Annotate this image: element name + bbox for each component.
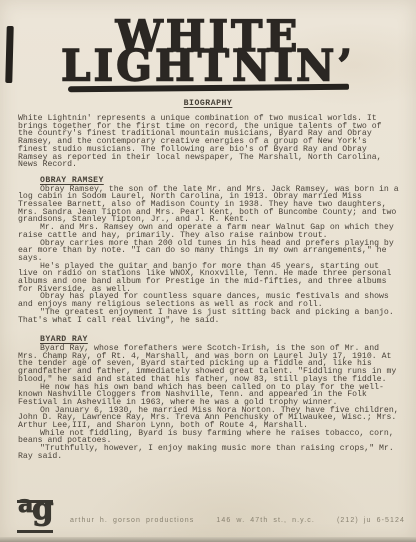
company-phone: (212) ju 6-5124 [337, 517, 405, 524]
footer-contact-line: arthur h. gorson productions 146 w. 47th… [70, 517, 405, 524]
biography-heading: BIOGRAPHY [0, 99, 416, 108]
logo-letter-g: g [32, 491, 54, 527]
bio-paragraph: Byard Ray, whose forefathers were Scotch… [18, 345, 401, 384]
bio-paragraph: On January 6, 1930, he married Miss Nora… [18, 407, 401, 430]
bio-paragraph: Obray has played for countless square da… [18, 293, 401, 308]
section-heading: BYARD RAY [40, 336, 401, 344]
bio-paragraph: He's played the guitar and banjo for mor… [18, 263, 401, 294]
section-heading: OBRAY RAMSEY [40, 177, 401, 185]
letterhead-footer: a g arthur h. gorson productions 146 w. … [0, 496, 416, 536]
bio-paragraph: He now has his own band which has been c… [18, 384, 401, 407]
title-underline-bar [67, 84, 348, 92]
bio-paragraph: Mr. and Mrs. Ramsey own and operate a fa… [18, 224, 401, 239]
scanned-press-release-page: WHITELIGHTNIN’ BIOGRAPHY White Lightnin'… [0, 0, 416, 542]
bio-paragraph: Obray carries more than 200 old tunes in… [18, 240, 401, 263]
bio-paragraph: "Truthfully, however, I enjoy making mus… [18, 445, 401, 460]
intro-paragraph: White Lightnin' represents a unique comb… [18, 115, 401, 169]
masthead: WHITELIGHTNIN’ [0, 22, 416, 91]
company-address: 146 w. 47th st., n.y.c. [216, 517, 315, 524]
company-name: arthur h. gorson productions [70, 517, 194, 524]
logo-bottom-rule [17, 530, 53, 533]
scan-bottom-edge [0, 537, 416, 542]
section-obray-ramsey: OBRAY RAMSEY Obray Ramsey, the son of th… [18, 177, 401, 324]
ag-logo: a g [17, 497, 57, 533]
bio-paragraph: Obray Ramsey, the son of the late Mr. an… [18, 186, 401, 225]
section-byard-ray: BYARD RAY Byard Ray, whose forefathers w… [18, 336, 401, 460]
bio-paragraph: While not fiddling, Byard is busy farmin… [18, 430, 401, 445]
bio-paragraph: "The greatest enjoyment I have is just s… [18, 309, 401, 324]
page-title: WHITELIGHTNIN’ [0, 21, 416, 80]
document-body: White Lightnin' represents a unique comb… [0, 108, 416, 461]
